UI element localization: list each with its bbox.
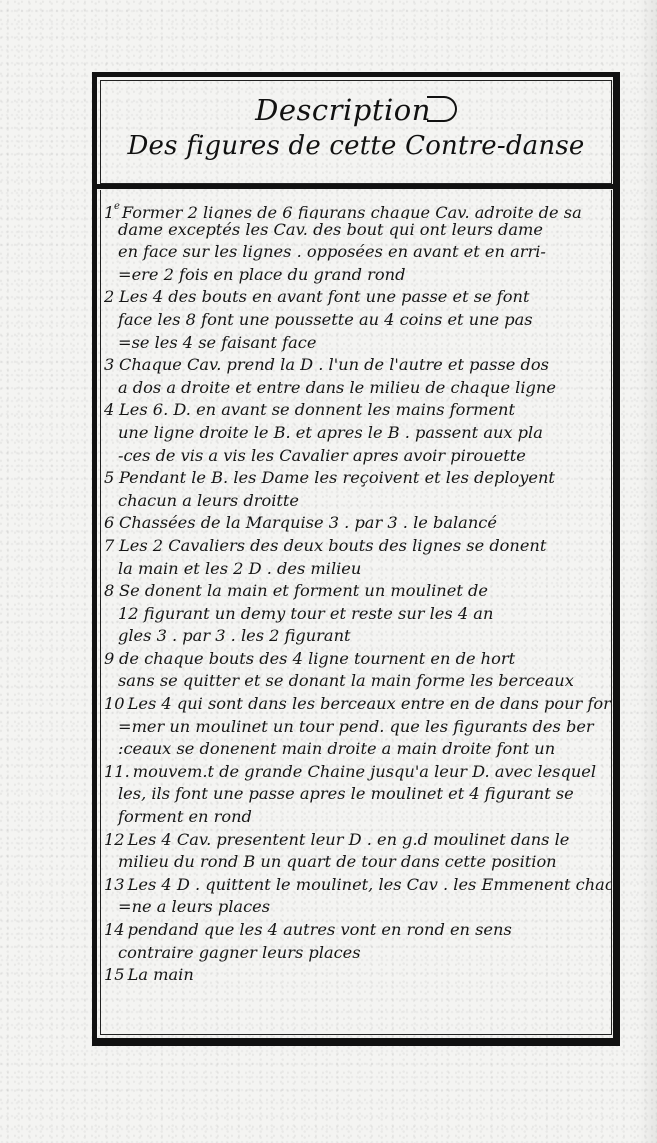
figure-entry-10: 10Les 4 qui sont dans les berceaux entre… xyxy=(104,693,612,716)
entry-continuation: =se les 4 se faisant face xyxy=(104,332,612,355)
figure-entry-8: 8Se donent la main et forment un mouline… xyxy=(104,580,612,603)
entry-number: 8 xyxy=(104,580,116,603)
figure-entry-3: 3Chaque Cav. prend la D . l'un de l'autr… xyxy=(104,354,612,377)
entry-text: Les 2 Cavaliers des deux bouts des ligne… xyxy=(119,536,546,555)
entry-continuation: la main et les 2 D . des milieu xyxy=(104,558,612,581)
entry-number: 10 xyxy=(104,693,125,716)
entry-number: 15 xyxy=(104,964,125,987)
entry-number: 7 xyxy=(104,535,116,558)
entry-text: Les 6. D. en avant se donnent les mains … xyxy=(119,400,515,419)
entry-text: Se donent la main et forment un moulinet… xyxy=(119,581,488,600)
entry-number: 12 xyxy=(104,829,125,852)
entry-continuation: contraire gagner leurs places xyxy=(104,942,612,965)
entry-continuation: gles 3 . par 3 . les 2 figurant xyxy=(104,625,612,648)
entry-text: Chaque Cav. prend la D . l'un de l'autre… xyxy=(119,355,549,374)
entry-continuation: chacun a leurs droitte xyxy=(104,490,612,513)
title-divider xyxy=(97,184,615,189)
title-description: Description xyxy=(255,93,431,127)
entry-continuation: en face sur les lignes . opposées en ava… xyxy=(104,241,612,264)
figure-entry-12: 12Les 4 Cav. presentent leur D . en g.d … xyxy=(104,829,612,852)
entry-number: 6 xyxy=(104,512,116,535)
entry-number: 3 xyxy=(104,354,116,377)
figure-entry-13: 13Les 4 D . quittent le moulinet, les Ca… xyxy=(104,874,612,897)
entry-text: Les 4 Cav. presentent leur D . en g.d mo… xyxy=(128,830,570,849)
entry-continuation: une ligne droite le B. et apres le B . p… xyxy=(104,422,612,445)
entry-continuation: -ces de vis a vis les Cavalier apres avo… xyxy=(104,445,612,468)
title-heading: Description xyxy=(101,93,611,127)
figure-entry-2: 2Les 4 des bouts en avant font une passe… xyxy=(104,286,612,309)
title-subheading: Des figures de cette Contre-danse xyxy=(101,131,611,161)
entry-number: 11. xyxy=(104,761,130,784)
entry-continuation: =ne a leurs places xyxy=(104,896,612,919)
entry-text: pendand que les 4 autres vont en rond en… xyxy=(128,920,512,939)
entry-text: mouvem.t de grande Chaine jusqu'a leur D… xyxy=(133,762,596,781)
figure-entry-11: 11.mouvem.t de grande Chaine jusqu'a leu… xyxy=(104,761,612,784)
entry-text: Les 4 des bouts en avant font une passe … xyxy=(119,287,529,306)
entry-continuation: forment en rond xyxy=(104,806,612,829)
figure-entry-1: 1eFormer 2 lignes de 6 figurans chaque C… xyxy=(104,196,612,219)
entry-number: 4 xyxy=(104,399,116,422)
entry-number: 9 xyxy=(104,648,116,671)
entry-continuation: =ere 2 fois en place du grand rond xyxy=(104,264,612,287)
figure-entry-7: 7Les 2 Cavaliers des deux bouts des lign… xyxy=(104,535,612,558)
figure-list: 1eFormer 2 lignes de 6 figurans chaque C… xyxy=(104,196,612,987)
entry-continuation: les, ils font une passe apres le mouline… xyxy=(104,783,612,806)
entry-number: 2 xyxy=(104,286,116,309)
entry-text: La main xyxy=(128,965,194,984)
page-edge-shadow xyxy=(637,0,657,1143)
entry-continuation: =mer un moulinet un tour pend. que les f… xyxy=(104,716,612,739)
flourish-icon xyxy=(427,96,457,122)
entry-number: 13 xyxy=(104,874,125,897)
entry-continuation: face les 8 font une poussette au 4 coins… xyxy=(104,309,612,332)
entry-text: Les 4 qui sont dans les berceaux entre e… xyxy=(128,694,611,713)
entry-number: 14 xyxy=(104,919,125,942)
figure-entry-6: 6Chassées de la Marquise 3 . par 3 . le … xyxy=(104,512,612,535)
entry-text: de chaque bouts des 4 ligne tournent en … xyxy=(119,649,515,668)
entry-number: 5 xyxy=(104,467,116,490)
title-cartouche: Description Des figures de cette Contre-… xyxy=(100,80,612,184)
entry-continuation: sans se quitter et se donant la main for… xyxy=(104,670,612,693)
figure-entry-5: 5Pendant le B. les Dame les reçoivent et… xyxy=(104,467,612,490)
entry-text: Former 2 lignes de 6 figurans chaque Cav… xyxy=(122,203,582,219)
entry-continuation: a dos a droite et entre dans le milieu d… xyxy=(104,377,612,400)
figure-entry-14: 14pendand que les 4 autres vont en rond … xyxy=(104,919,612,942)
entry-superscript: e xyxy=(114,201,120,212)
figure-entry-9: 9de chaque bouts des 4 ligne tournent en… xyxy=(104,648,612,671)
figure-entry-15: 15La main xyxy=(104,964,612,987)
entry-continuation: :ceaux se donenent main droite a main dr… xyxy=(104,738,612,761)
entry-continuation: dame exceptés les Cav. des bout qui ont … xyxy=(104,219,612,242)
figure-entry-4: 4Les 6. D. en avant se donnent les mains… xyxy=(104,399,612,422)
entry-continuation: milieu du rond B un quart de tour dans c… xyxy=(104,851,612,874)
entry-text: Pendant le B. les Dame les reçoivent et … xyxy=(119,468,555,487)
entry-text: Les 4 D . quittent le moulinet, les Cav … xyxy=(128,875,612,894)
entry-continuation: 12 figurant un demy tour et reste sur le… xyxy=(104,603,612,626)
manuscript-page: Description Des figures de cette Contre-… xyxy=(0,0,657,1143)
entry-text: Chassées de la Marquise 3 . par 3 . le b… xyxy=(119,513,497,532)
